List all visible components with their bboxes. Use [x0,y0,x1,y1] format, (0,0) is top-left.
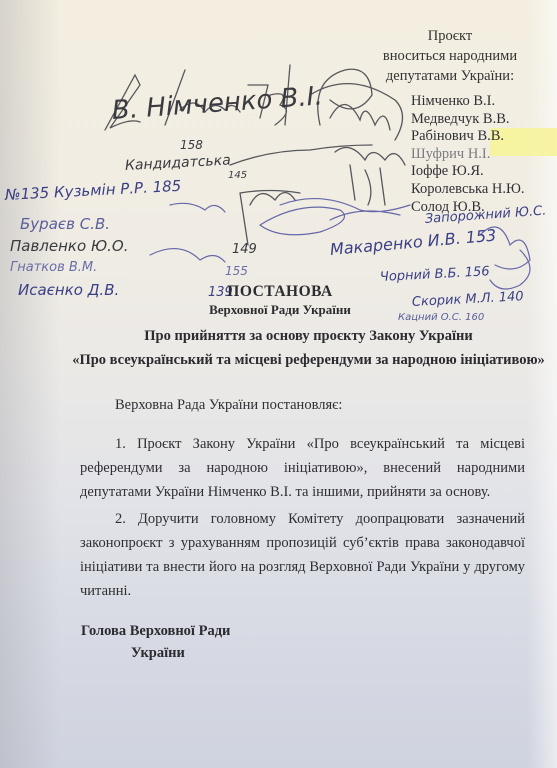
paragraph-2: 2. Доручити головному Комітету доопрацюв… [80,507,525,603]
submitted-by-line2: депутатами України: [380,66,520,86]
handwritten-signature: Исаєнко Д.В. [18,281,119,299]
document-page: Проєкт вноситься народними депутатами Ук… [0,0,557,768]
handwritten-signature: Кацний О.С. 160 [398,312,484,323]
issuer-name: Верховної Ради України [180,302,380,318]
subject-line1: Про прийняття за основу проєкту Закону У… [60,324,557,348]
author-item: Іоффе Ю.Я. [411,163,525,181]
submitted-by-line1: вноситься народними [380,46,520,66]
project-header: Проєкт вноситься народними депутатами Ук… [380,26,520,86]
handwritten-signature: Бураєв С.В. [20,215,110,233]
paragraph-2-text: 2. Доручити головному Комітету доопрацюв… [80,511,525,599]
handwritten-signature: Кандидатська [125,152,232,174]
handwritten-signature: Чорний В.Б. 156 [380,264,490,285]
handwritten-signature: Гнатков В.М. [10,260,97,275]
author-item: Німченко В.І. [411,93,525,111]
author-item: Рабінович В.В. [411,128,525,146]
document-title: ПОСТАНОВА Верховної Ради України [180,283,380,318]
handwritten-signature: №135 Кузьмін Р.Р. 185 [5,177,182,204]
signature-block: Голова Верховної Ради України [81,620,230,664]
page-glare-right [527,0,557,768]
author-item: Шуфрич Н.І. [411,146,525,164]
chair-title-line2: України [81,642,230,664]
handwritten-signature: Павленко Ю.О. [10,237,128,255]
author-item: Королевська Н.Ю. [411,181,525,199]
handwritten-note: 149 [232,242,257,257]
handwritten-signature: Макаренко И.В. 153 [329,225,497,258]
subject-line2: «Про всеукраїнський та місцеві референду… [60,348,557,372]
project-label: Проєкт [380,26,520,46]
handwritten-signature: Скорик М.Л. 140 [412,289,524,310]
preamble: Верховна Рада України постановляє: [115,397,342,414]
chair-title-line1: Голова Верховної Ради [81,620,230,642]
resolution-heading: ПОСТАНОВА [180,283,380,301]
handwritten-note: 158 [180,138,203,152]
handwritten-note: 155 [225,264,248,278]
page-shadow-left [0,0,60,768]
authors-list: Німченко В.І. Медведчук В.В. Рабінович В… [411,93,525,216]
handwritten-signature: В. Німченко В.І. [111,81,324,126]
paragraph-1-text: 1. Проєкт Закону України «Про всеукраїнс… [80,436,525,500]
author-item: Медведчук В.В. [411,111,525,129]
resolution-subject: Про прийняття за основу проєкту Закону У… [60,324,557,372]
paragraph-1: 1. Проєкт Закону України «Про всеукраїнс… [80,432,525,504]
handwritten-note: 145 [228,170,247,181]
